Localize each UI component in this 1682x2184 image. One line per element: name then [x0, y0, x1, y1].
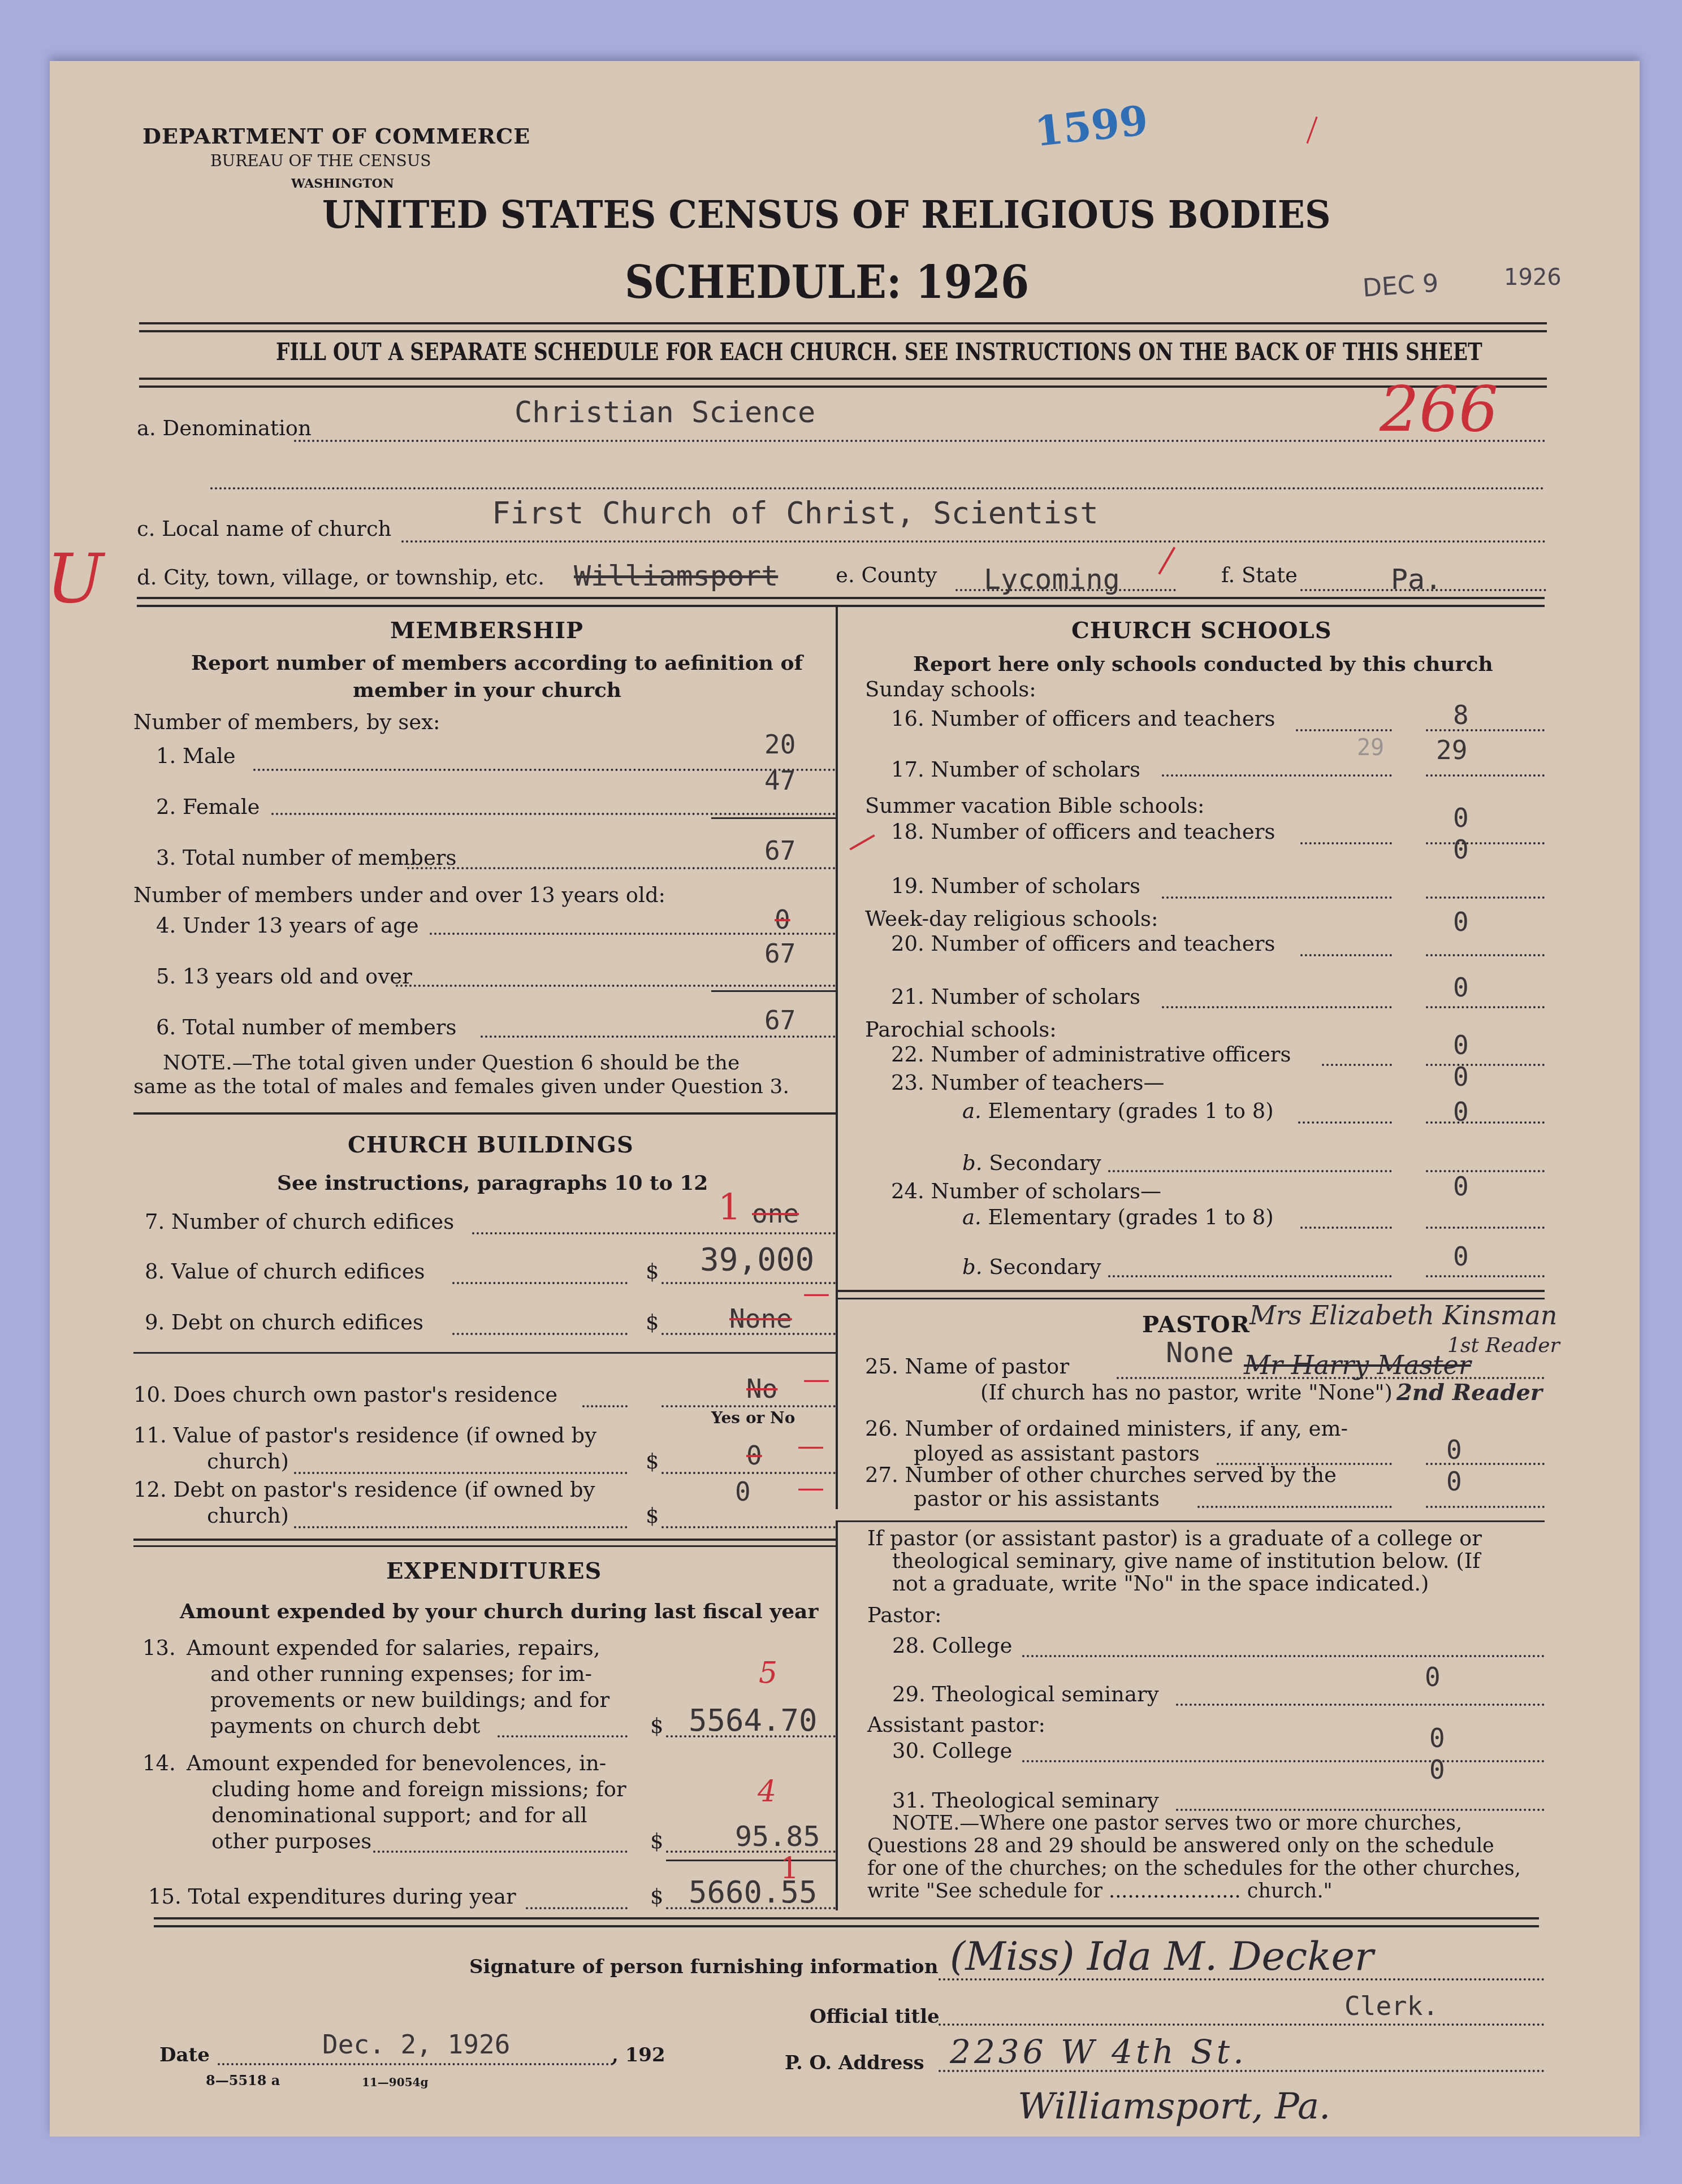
q17-label: Number of scholars: [931, 757, 1140, 782]
parochial-scholars-field[interactable]: 0: [1453, 1171, 1469, 1202]
membership-subtitle-2: member in your church: [353, 678, 621, 702]
parochial-admin-field[interactable]: 0: [1453, 1030, 1469, 1060]
q27-value-line: [1426, 1506, 1545, 1508]
q24a-line: [1300, 1227, 1392, 1229]
membership-end-rule: [133, 1112, 836, 1115]
red-edifices-correction: 1: [718, 1187, 741, 1229]
running-expenses-field[interactable]: 5564.70: [689, 1702, 818, 1738]
membership-title: MEMBERSHIP: [390, 617, 583, 644]
city-field[interactable]: Williamsport: [574, 560, 778, 592]
pastor-title: PASTOR: [1142, 1311, 1250, 1338]
parochial-teachers-field[interactable]: 0: [1453, 1061, 1469, 1092]
q14-line-1: Amount expended for benevolences, in-: [187, 1751, 606, 1775]
over-13-field[interactable]: 67: [764, 938, 795, 969]
edifices-count-field[interactable]: one: [752, 1198, 799, 1229]
membership-note-2: same as the total of males and females g…: [133, 1075, 789, 1098]
official-title-line: [939, 2023, 1545, 2026]
form-code-2: 11—9054g: [362, 2075, 428, 2089]
q13-line-1: Amount expended for salaries, repairs,: [187, 1636, 600, 1660]
q23b-num: b.: [962, 1151, 982, 1175]
q27-line-2: pastor or his assistants: [914, 1487, 1160, 1511]
q13-line-4: payments on church debt: [210, 1714, 480, 1738]
grad-note-3: not a graduate, write "No" in the space …: [892, 1571, 1429, 1596]
schools-subtitle: Report here only schools conducted by th…: [913, 652, 1493, 676]
benevolences-field[interactable]: 95.85: [735, 1820, 820, 1853]
q6-label: Total number of members: [183, 1015, 456, 1039]
q23-label: Number of teachers—: [931, 1071, 1165, 1095]
department-label: DEPARTMENT OF COMMERCE: [142, 123, 530, 149]
q8-dollar: $: [646, 1259, 659, 1284]
parochial-schools-label: Parochial schools:: [865, 1017, 1057, 1042]
q7-label: Number of church edifices: [171, 1210, 454, 1234]
under-13-field[interactable]: 0: [775, 904, 790, 935]
red-dash-q10: —: [803, 1363, 830, 1395]
pastor-note-4: write "See schedule for ................…: [867, 1880, 1333, 1903]
q22-line: [1322, 1064, 1392, 1066]
q24a-num: a.: [962, 1205, 981, 1229]
q4-num: 4.: [156, 913, 176, 938]
pastor-subhead: Pastor:: [867, 1603, 942, 1627]
q5-label: 13 years old and over: [183, 964, 412, 989]
female-sum-rule: [711, 817, 836, 819]
state-field[interactable]: Pa.: [1391, 563, 1442, 596]
footer-double-rule: [154, 1917, 1539, 1919]
q24b-line: [1108, 1275, 1392, 1277]
buildings-end-rule: [133, 1539, 836, 1541]
q13-line-3: provements or new buildings; and for: [210, 1688, 609, 1712]
q13-line-2: and other running expenses; for im-: [210, 1662, 592, 1686]
q17-line: [1162, 774, 1392, 777]
red-dash-q9: —: [803, 1277, 830, 1309]
q29-line: [1176, 1704, 1545, 1706]
q6-line: [481, 1035, 836, 1038]
assistant-subhead: Assistant pastor:: [867, 1713, 1045, 1737]
q23a-num: a.: [962, 1099, 981, 1123]
q2-label: Female: [183, 795, 260, 819]
q27-line: [1197, 1506, 1392, 1508]
q9-dollar: $: [646, 1310, 659, 1334]
over-13-sum-rule: [711, 990, 836, 992]
q13-num: 13.: [142, 1636, 176, 1660]
q16-line: [1296, 729, 1392, 731]
pastor-note-2: Questions 28 and 29 should be answered o…: [867, 1835, 1494, 1857]
q20-value-line: [1426, 954, 1545, 956]
instruction-banner: FILL OUT A SEPARATE SCHEDULE FOR EACH CH…: [276, 338, 1482, 366]
q23a-value-line: [1426, 1121, 1545, 1124]
q14-line-4: other purposes: [211, 1829, 371, 1853]
edifice-value-field[interactable]: 39,000: [700, 1241, 814, 1278]
pastor-name-field[interactable]: None: [1166, 1336, 1234, 1369]
local-name-label: c. Local name of church: [137, 517, 391, 541]
grad-note-2: theological seminary, give name of insti…: [892, 1549, 1480, 1573]
summer-officers-field[interactable]: 0: [1453, 803, 1469, 833]
received-year-stamp: 1926: [1504, 265, 1562, 291]
red-dash-q11: —: [797, 1430, 824, 1462]
assistant-seminary-field[interactable]: 0: [1429, 1754, 1445, 1785]
q23b-label: Secondary: [989, 1151, 1101, 1175]
pastor-seminary-field[interactable]: 0: [1425, 1662, 1441, 1692]
q23-num: 23.: [891, 1071, 924, 1095]
residence-value-field[interactable]: 0: [746, 1440, 762, 1471]
grad-note-1: If pastor (or assistant pastor) is a gra…: [867, 1526, 1482, 1550]
date-label: Date: [159, 2044, 210, 2066]
q24b-value-line: [1426, 1275, 1545, 1277]
q11-label: Value of pastor's residence (if owned by: [174, 1423, 597, 1448]
summer-scholars-field[interactable]: 0: [1453, 834, 1469, 865]
red-correction-q13: 5: [759, 1656, 777, 1690]
q11-num: 11.: [133, 1423, 167, 1448]
q14-dollar: $: [650, 1829, 664, 1853]
q15-label: Total expenditures during year: [188, 1884, 516, 1909]
sunday-schools-label: Sunday schools:: [865, 677, 1036, 701]
q30-label: 30. College: [892, 1739, 1012, 1763]
q19-num: 19.: [891, 874, 924, 898]
sunday-scholars-field[interactable]: 29: [1436, 735, 1467, 765]
q22-value-line: [1426, 1064, 1545, 1066]
bureau-label: BUREAU OF THE CENSUS: [210, 151, 431, 170]
yes-no-hint: Yes or No: [711, 1409, 795, 1427]
double-rule-top: [139, 322, 1547, 324]
q14-num: 14.: [142, 1751, 176, 1775]
q21-num: 21.: [891, 985, 924, 1009]
q16-label: Number of officers and teachers: [931, 707, 1275, 731]
local-name-field[interactable]: First Church of Christ, Scientist: [492, 495, 1099, 531]
q1-line: [253, 769, 836, 771]
q12-num: 12.: [133, 1477, 167, 1502]
q24b-label: Secondary: [989, 1255, 1101, 1279]
q6-num: 6.: [156, 1015, 176, 1039]
double-rule-banner: [139, 378, 1547, 380]
column-divider-lower: [836, 1520, 838, 1910]
q12-label: Debt on pastor's residence (if owned by: [174, 1477, 595, 1502]
form-code-1: 8—5518 a: [206, 2072, 280, 2088]
q24b-num: b.: [962, 1255, 982, 1279]
by-age-label: Number of members under and over 13 year…: [133, 883, 665, 907]
q1-num: 1.: [156, 744, 176, 768]
buildings-subtitle: See instructions, paragraphs 10 to 12: [277, 1171, 708, 1195]
total-members-field[interactable]: 67: [764, 835, 795, 866]
q12-label-2: church): [207, 1503, 289, 1528]
q31-label: 31. Theological seminary: [892, 1788, 1159, 1813]
q12-value-line: [661, 1526, 836, 1528]
q2-num: 2.: [156, 795, 176, 819]
q15-line: [526, 1907, 628, 1909]
date-line: [218, 2063, 613, 2065]
q5-line: [396, 985, 836, 987]
denomination-line-2: [210, 487, 1545, 489]
address-label: P. O. Address: [785, 2052, 924, 2074]
handwritten-reader-2: Mr Harry Master: [1244, 1350, 1471, 1380]
assistant-ministers-field[interactable]: 0: [1446, 1435, 1462, 1465]
q10-num: 10.: [133, 1383, 167, 1407]
double-rule-id: [137, 597, 1545, 599]
q20-num: 20.: [891, 931, 924, 956]
denomination-label: a. Denomination: [137, 416, 312, 440]
date-field[interactable]: Dec. 2, 1926: [322, 2029, 510, 2060]
city-label: WASHINGTON: [291, 176, 394, 191]
official-title-field[interactable]: Clerk.: [1344, 1991, 1438, 2021]
q16-value-line: [1426, 729, 1545, 731]
form-title: UNITED STATES CENSUS OF RELIGIOUS BODIES: [322, 192, 1331, 237]
address-field-line-2[interactable]: Williamsport, Pa.: [1018, 2086, 1330, 2127]
q15-num: 15.: [148, 1884, 181, 1909]
q29-label: 29. Theological seminary: [892, 1682, 1159, 1706]
received-date-stamp: DEC 9: [1361, 268, 1439, 302]
q26-value-line: [1426, 1463, 1545, 1465]
schedule-title: SCHEDULE: 1926: [625, 255, 1029, 309]
q17-value-line: [1426, 774, 1545, 777]
handwritten-reader-1: Mrs Elizabeth Kinsman: [1249, 1300, 1557, 1331]
red-correction-q14: 4: [758, 1775, 776, 1809]
q19-line: [1162, 896, 1392, 899]
summer-schools-label: Summer vacation Bible schools:: [865, 794, 1205, 818]
q27-line-1: 27. Number of other churches served by t…: [865, 1463, 1337, 1487]
other-churches-field[interactable]: 0: [1446, 1466, 1462, 1497]
signature-field[interactable]: (Miss) Ida M. Decker: [950, 1933, 1373, 1979]
weekday-scholars-field[interactable]: 0: [1453, 972, 1469, 1003]
q14-line-3: denominational support; and for all: [211, 1803, 587, 1827]
q3-num: 3.: [156, 846, 176, 870]
q19-label: Number of scholars: [931, 874, 1140, 898]
q8-num: 8.: [145, 1259, 165, 1284]
denomination-line: [294, 440, 1546, 442]
q3-label: Total number of members: [183, 846, 456, 870]
q16-num: 16.: [891, 707, 924, 731]
q25-label: 25. Name of pastor: [865, 1354, 1069, 1379]
q28-line: [1022, 1655, 1545, 1657]
footer-double-rule-2: [154, 1925, 1539, 1927]
owns-residence-field[interactable]: No: [746, 1373, 777, 1404]
expenditures-subtitle: Amount expended by your church during la…: [180, 1600, 818, 1623]
q30-line: [1022, 1760, 1545, 1762]
q25-hint: (If church has no pastor, write "None"): [980, 1380, 1393, 1405]
handwritten-reader-2-role: 2nd Reader: [1396, 1379, 1542, 1406]
membership-note: NOTE.—The total given under Question 6 s…: [163, 1051, 740, 1074]
q14-line-2: cluding home and foreign missions; for: [211, 1777, 626, 1801]
double-rule-top-2: [139, 330, 1547, 332]
state-label: f. State: [1221, 563, 1298, 587]
parochial-sec-scholars-field[interactable]: 0: [1453, 1241, 1469, 1272]
q21-value-line: [1426, 1006, 1545, 1008]
q10-line: [582, 1405, 628, 1407]
q24-num: 24.: [891, 1179, 924, 1203]
q22-num: 22.: [891, 1042, 924, 1067]
local-name-line: [401, 540, 1546, 543]
q15-dollar: $: [650, 1884, 664, 1909]
signature-label: Signature of person furnishing informati…: [469, 1956, 939, 1978]
column-divider: [836, 605, 838, 1509]
total-members-6-field[interactable]: 67: [764, 1005, 795, 1035]
pastor-end-rule: [838, 1520, 1545, 1522]
q21-label: Number of scholars: [931, 985, 1140, 1009]
q31-line: [1176, 1809, 1545, 1811]
q24a-value-line: [1426, 1227, 1545, 1229]
q20-label: Number of officers and teachers: [931, 931, 1275, 956]
assistant-college-field[interactable]: 0: [1429, 1723, 1445, 1753]
official-title-label: Official title: [810, 2005, 940, 2028]
q11-dollar: $: [646, 1449, 659, 1474]
male-count-field[interactable]: 20: [764, 729, 795, 760]
q8-label: Value of church edifices: [171, 1259, 425, 1284]
q9-line: [452, 1333, 628, 1335]
q18-line: [1300, 842, 1392, 844]
q7-num: 7.: [145, 1210, 165, 1234]
sunday-officers-field[interactable]: 8: [1453, 700, 1469, 730]
q14-sum-rule: [666, 1860, 836, 1861]
q9-label: Debt on church edifices: [171, 1310, 423, 1334]
date-suffix: , 192: [612, 2044, 665, 2066]
q11-label-2: church): [207, 1449, 289, 1474]
edifice-debt-field[interactable]: None: [729, 1303, 792, 1334]
q21-line: [1162, 1006, 1392, 1008]
buildings-title: CHURCH BUILDINGS: [348, 1132, 634, 1158]
q9-num: 9.: [145, 1310, 165, 1334]
city-label: d. City, town, village, or township, etc…: [137, 565, 544, 590]
buildings-end-rule-2: [133, 1545, 836, 1547]
q23b-value-line: [1426, 1170, 1545, 1172]
schools-title: CHURCH SCHOOLS: [1071, 617, 1332, 644]
county-label: e. County: [836, 563, 937, 587]
q18-label: Number of officers and teachers: [931, 820, 1275, 844]
q18-value-line: [1426, 842, 1545, 844]
q11-line: [294, 1472, 628, 1474]
q17-num: 17.: [891, 757, 924, 782]
q10-label: Does church own pastor's residence: [174, 1383, 557, 1407]
q26-line-1: 26. Number of ordained ministers, if any…: [865, 1416, 1348, 1441]
schools-end-rule-2: [838, 1298, 1545, 1299]
expenditures-title: EXPENDITURES: [386, 1558, 602, 1584]
red-dash-q12: —: [797, 1472, 824, 1503]
q3-line: [407, 867, 836, 869]
q7-line: [472, 1232, 836, 1234]
q26-line-2: ployed as assistant pastors: [914, 1441, 1200, 1466]
weekday-schools-label: Week-day religious schools:: [865, 907, 1158, 931]
double-rule-banner-2: [139, 385, 1547, 388]
membership-subtitle: Report number of members according to ae…: [191, 651, 803, 675]
q4-label: Under 13 years of age: [183, 913, 419, 938]
q22-label: Number of administrative officers: [931, 1042, 1291, 1067]
faint-pencil-29: 29: [1357, 735, 1384, 761]
q12-line: [294, 1526, 628, 1528]
q23a-label: Elementary (grades 1 to 8): [988, 1099, 1274, 1123]
q23b-line: [1108, 1170, 1392, 1172]
buildings-mid-rule: [133, 1352, 836, 1354]
q13-dollar: $: [650, 1714, 664, 1738]
q18-num: 18.: [891, 820, 924, 844]
q24a-label: Elementary (grades 1 to 8): [988, 1205, 1274, 1229]
schools-end-rule: [838, 1290, 1545, 1292]
q2-line: [271, 813, 836, 815]
residence-debt-field[interactable]: 0: [735, 1476, 751, 1507]
q10-value-line: [661, 1405, 836, 1407]
q14-line: [373, 1851, 628, 1853]
female-count-field[interactable]: 47: [764, 765, 795, 796]
red-schedule-number: 266: [1380, 373, 1498, 445]
parochial-elem-teachers-field[interactable]: 0: [1453, 1097, 1469, 1127]
by-sex-label: Number of members, by sex:: [133, 710, 440, 734]
pastor-note-3: for one of the churches; on the schedule…: [867, 1857, 1521, 1880]
q24-label: Number of scholars—: [931, 1179, 1161, 1203]
q13-line: [498, 1735, 628, 1737]
denomination-field[interactable]: Christian Science: [514, 396, 815, 430]
weekday-officers-field[interactable]: 0: [1453, 907, 1469, 937]
red-correction-q15: 1: [780, 1852, 799, 1886]
address-field-line-1[interactable]: 2236 W 4th St.: [950, 2033, 1247, 2071]
q20-line: [1300, 954, 1392, 956]
q19-value-line: [1426, 896, 1545, 899]
q5-num: 5.: [156, 964, 176, 989]
red-margin-mark: U: [46, 540, 103, 618]
q8-line: [452, 1282, 628, 1284]
double-rule-id-2: [137, 605, 1545, 607]
q23a-line: [1298, 1121, 1392, 1124]
q1-label: Male: [183, 744, 236, 768]
county-field[interactable]: Lycoming: [984, 563, 1120, 596]
q12-dollar: $: [646, 1503, 659, 1528]
q28-label: 28. College: [892, 1633, 1012, 1658]
pastor-note-1: NOTE.—Where one pastor serves two or mor…: [892, 1812, 1462, 1835]
